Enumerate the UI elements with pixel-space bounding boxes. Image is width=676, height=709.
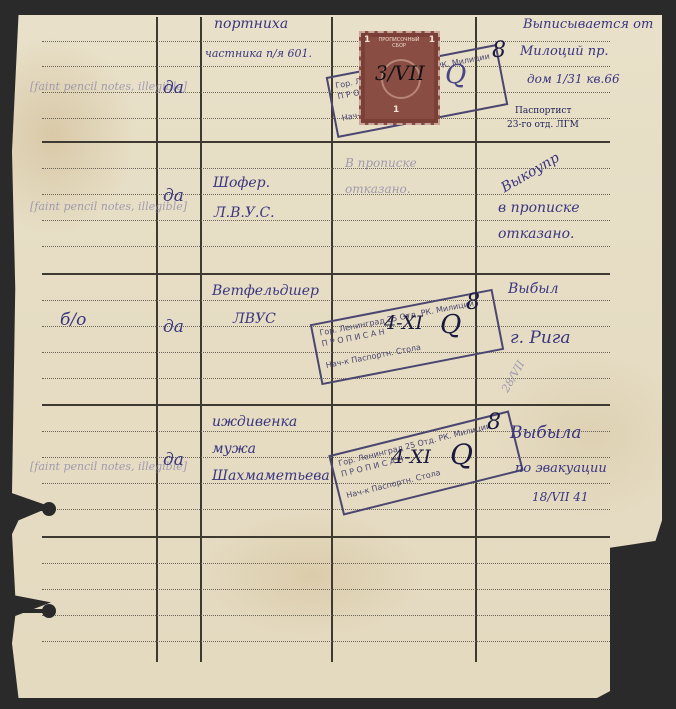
remarks-line: отказано. [498, 226, 575, 242]
official-signature: Q [445, 60, 466, 90]
stamp-number: 8 [492, 38, 506, 63]
remarks-line: Выбыла [510, 423, 582, 443]
stamp-denomination: 1 [429, 35, 435, 45]
writing-line [42, 246, 610, 247]
row-flag: да [163, 78, 184, 98]
stamp-number: 8 [487, 410, 501, 435]
remarks-line: Милоций пр. [520, 44, 609, 59]
row-rule [42, 141, 610, 143]
row-rule [42, 536, 610, 538]
remarks-line: г. Рига [510, 328, 571, 348]
occupation-line: Л.В.У.С. [214, 205, 275, 221]
writing-line [42, 66, 610, 67]
stamp-handwritten-date: 4-XI [384, 312, 423, 334]
occupation-line: мужа [212, 441, 256, 457]
writing-line [42, 41, 610, 42]
remarks-line: Выбыл [508, 281, 559, 297]
stamp-handwritten-date: 4-XI [392, 446, 431, 468]
remarks-line: Выписывается от [523, 17, 653, 32]
occupation-line: Шахмаметьева [212, 468, 330, 484]
margin-note: б/о [60, 310, 86, 330]
writing-line [42, 641, 610, 642]
row-flag: да [163, 186, 184, 206]
row-rule [42, 404, 610, 406]
occupation-line: Шофер. [213, 175, 270, 191]
stamp-number: 8 [466, 290, 480, 315]
column-rule [200, 17, 202, 662]
occupation-line: ЛВУС [233, 311, 276, 327]
row-rule [42, 273, 610, 275]
stamp-denomination: 1 [364, 35, 370, 45]
remarks-line: дом 1/31 кв.66 [527, 72, 620, 86]
row-flag: да [163, 317, 184, 337]
occupation-line: Ветфельдшер [212, 283, 319, 299]
stamp-label: ПРОПИСОЧНЫЙ СБОР [375, 37, 423, 49]
writing-line [42, 300, 610, 301]
official-title: Паспортист [515, 106, 571, 116]
paper-tear [10, 609, 46, 613]
writing-line [42, 118, 610, 119]
occupation-line: частника п/я 601. [205, 47, 312, 60]
stamp-handwritten-date: 3/VII [375, 61, 425, 85]
official-department: 23-го отд. ЛГМ [507, 120, 579, 130]
writing-line [42, 220, 610, 221]
registration-note: В прописке отказано. [345, 150, 455, 202]
occupation-line: портниха [214, 16, 288, 32]
remarks-line: 18/VII 41 [532, 490, 589, 504]
row-flag: да [163, 450, 184, 470]
occupation-line: иждивенка [212, 414, 297, 430]
stamp-denomination: 1 [393, 105, 399, 115]
paper-tear [10, 507, 46, 511]
writing-line [42, 563, 610, 564]
writing-line [42, 589, 610, 590]
writing-line [42, 509, 610, 510]
writing-line [42, 615, 610, 616]
remarks-line: в прописке [498, 200, 580, 216]
official-signature: Q [440, 310, 461, 340]
revenue-stamp: 1 1 ПРОПИСОЧНЫЙ СБОР 1 3/VII [359, 31, 440, 125]
writing-line [42, 457, 610, 458]
writing-line [42, 194, 610, 195]
official-signature: Q [450, 438, 473, 471]
remarks-line: по эвакуации [515, 461, 607, 476]
column-rule [156, 17, 158, 662]
